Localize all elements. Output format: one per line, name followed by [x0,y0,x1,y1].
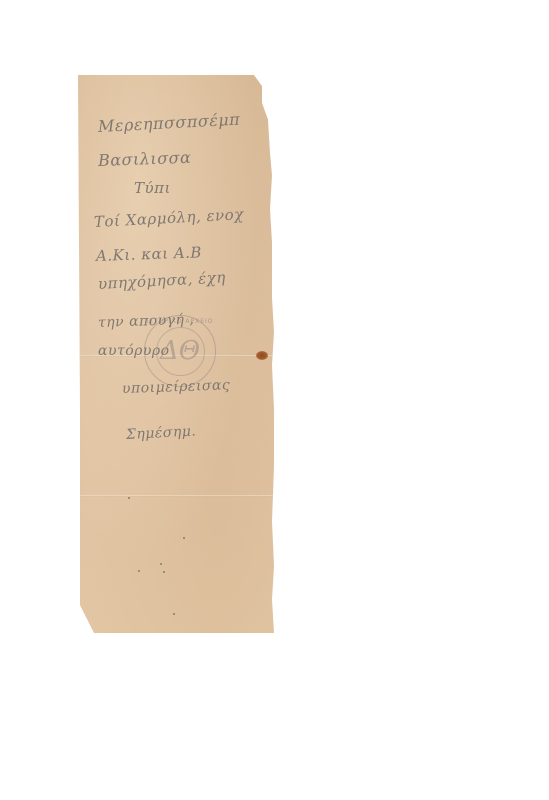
handwritten-line-7: την απουγή , [98,312,195,331]
rust-stain [256,351,268,360]
handwritten-signature: Σημέσημ. [126,423,197,443]
handwritten-line-3: Τύπι [134,179,171,197]
paper-sheet: ΙΣΤΟΡΙΚΟ ΑΡΧΕΙΟ ΔΘ Μερεηπσσπσέμπ Βασιλισ… [78,75,278,633]
paper-speck [138,570,140,572]
handwritten-line-9: υποιμείρεισας [122,377,231,397]
handwritten-line-4: Τοί Χαρμόλη, ενοχ [94,205,245,231]
handwritten-line-1: Μερεηπσσπσέμπ [98,110,241,136]
paper-speck [163,571,165,573]
paper-speck [183,537,185,539]
handwritten-line-8: αυτόρυρο [98,343,170,359]
paper-speck [128,497,130,499]
handwritten-line-6: υπηχόμησα, έχη [98,268,227,293]
paper-speck [160,563,162,565]
handwritten-line-2: Βασιλισσα [98,148,192,170]
fold-line [78,495,278,497]
scan-page: ΙΣΤΟΡΙΚΟ ΑΡΧΕΙΟ ΔΘ Μερεηπσσπσέμπ Βασιλισ… [0,0,549,800]
paper-speck [173,613,175,615]
handwritten-line-5: Α.Κι. και Α.Β [96,243,203,265]
